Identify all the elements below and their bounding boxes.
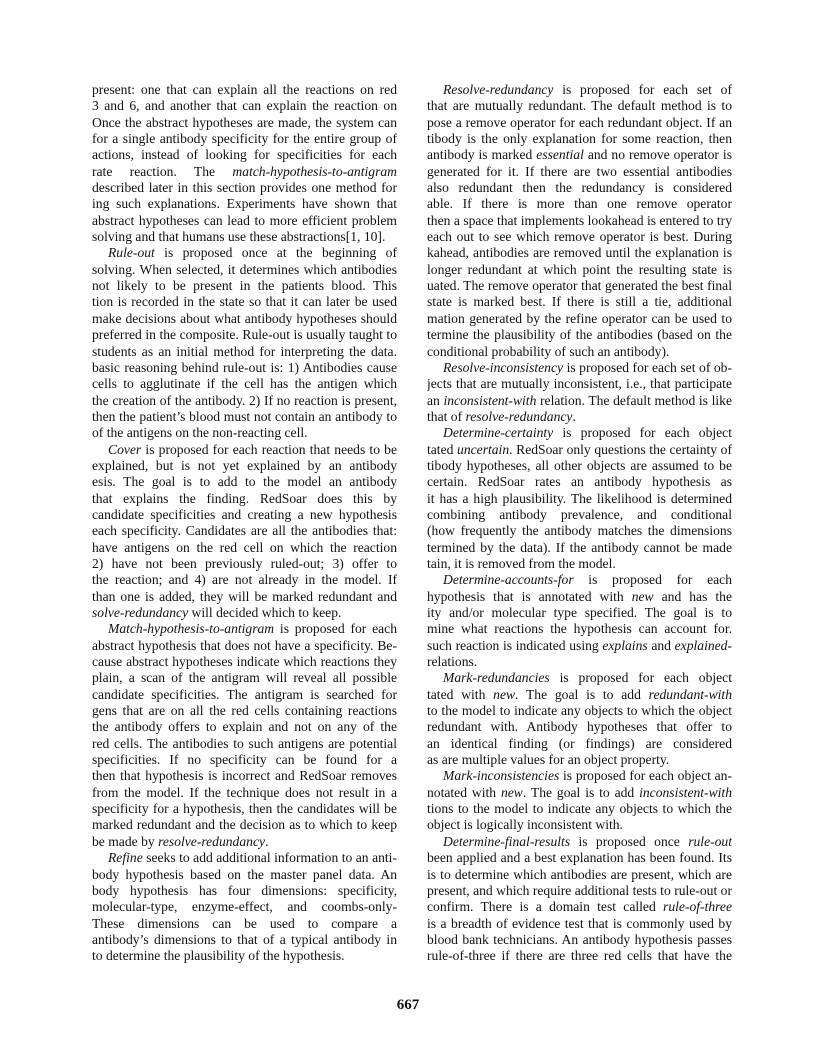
text-line: than one is added, they will be marked r… [92,589,397,605]
text-run: red cells. The antibodies to such antige… [92,736,397,751]
text-run: confirm. There is a domain test called [427,899,663,914]
text-line: explained, but is not yet explained by a… [92,458,397,474]
text-run: each specificity. Candidates are all the… [92,523,397,539]
text-run: tion is recorded in the state so that it… [92,294,397,310]
text-line: described later in this section provides… [92,180,397,196]
text-run: (how frequently the antibody matches the… [427,523,732,539]
text-line: have antigens on the red cell on which t… [92,540,397,556]
text-line: each specificity. Candidates are all the… [92,523,397,539]
text-line: plain, a scan of the antigram will revea… [92,670,397,686]
text-run: esis. The goal is to add to the model an… [92,474,397,490]
text-run: actions, instead of looking for specific… [92,147,397,163]
text-run: such reaction is indicated using [427,638,602,653]
italic-term: Determine-final-results [443,834,570,849]
text-line: specificities. If no specificity can be … [92,752,397,768]
text-line: relations. [427,654,732,670]
text-line: that are mutually redundant. The default… [427,98,732,114]
italic-term: rule-out [688,834,732,849]
italic-term: resolve-redundancy [466,409,573,424]
text-line: Determine-accounts-for is proposed for e… [427,572,732,588]
text-run: . The goal is to add [523,785,639,800]
text-line: antibody’s dimensions to that of a typic… [92,932,397,948]
text-run: as are multiple values for an object pro… [427,752,669,767]
text-run: state is marked best. If there is still … [427,294,732,310]
text-run: tibody is the only explanation for some … [427,131,732,147]
text-run: candidate specificities and creating a n… [92,507,397,523]
text-run: is proposed for each object an- [559,768,732,783]
text-line: solving. When selected, it determines wh… [92,262,397,278]
italic-term: Rule-out [108,245,155,260]
text-run: molecular-type, enzyme-effect, and coomb… [92,899,397,915]
text-run: the creation of the antibody. 2) If no r… [92,393,397,408]
text-run: than one is added, they will be marked r… [92,589,397,604]
text-line: pose a remove operator for each redundan… [427,115,732,131]
text-line: solving and that humans use these abstra… [92,229,397,245]
text-run: gens that are on all the red cells conta… [92,703,397,719]
text-line: present, and which require additional te… [427,883,732,899]
text-line: Rule-out is proposed once at the beginni… [92,245,397,261]
text-run: and no remove operator is [584,147,732,162]
text-run: antibody’s dimensions to that of a typic… [92,932,397,948]
text-line: Cover is proposed for each reaction that… [92,442,397,458]
text-line: tated with new. The goal is to add redun… [427,687,732,703]
text-run: the antibody offers to explain and not o… [92,719,397,735]
text-line: of the antigens on the non-reacting cell… [92,425,397,441]
italic-term: new [493,687,515,702]
text-run: is to determine which antibodies are pre… [427,867,732,883]
italic-term: rule-of-three [663,899,732,914]
text-line: generated for it. If there are two essen… [427,164,732,180]
text-run: described later in this section provides… [92,180,397,196]
italic-term: inconsistent-with [639,785,732,800]
text-line: mine what reactions the hypothesis can a… [427,621,732,637]
text-line: make decisions about what antibody hypot… [92,311,397,327]
text-run: is a breadth of evidence test that is co… [427,916,732,931]
text-run: tated with [427,687,493,702]
text-run: antibody is marked [427,147,536,162]
text-line: ing such explanations. Experiments have … [92,196,397,212]
text-run: mine what reactions the hypothesis can a… [427,621,732,637]
text-run: hypothesis that is annotated with [427,589,632,604]
text-line: Refine seeks to add additional informati… [92,850,397,866]
text-run: is proposed once [570,834,688,849]
text-line: present: one that can explain all the re… [92,82,397,98]
text-line: then that hypothesis is incorrect and Re… [92,768,397,784]
text-line: the antibody offers to explain and not o… [92,719,397,735]
text-line: kahead, antibodies are removed until the… [427,245,732,261]
text-line: Resolve-redundancy is proposed for each … [427,82,732,98]
text-run: an [427,393,443,408]
text-line: ity and/or molecular type specified. The… [427,605,732,621]
text-run: rate reaction. The [92,164,232,179]
text-line: rate reaction. The match-hypothesis-to-a… [92,164,397,180]
text-line: 2) have not been previously ruled-out; 3… [92,556,397,572]
italic-term: Determine-certainty [443,425,553,440]
text-line: 3 and 6, and another that can explain th… [92,98,397,114]
text-run: seeks to add additional information to a… [143,850,397,865]
text-run: preferred in the composite. Rule-out is … [92,327,397,342]
text-line: it has a high plausibility. The likeliho… [427,491,732,507]
text-line: antibody is marked essential and no remo… [427,147,732,163]
italic-term: Resolve-redundancy [443,82,553,97]
text-line: an identical finding (or findings) are c… [427,736,732,752]
text-run: have antigens on the red cell on which t… [92,540,397,556]
text-run: 2) have not been previously ruled-out; 3… [92,556,397,572]
text-run: rule-of-three if there are three red cel… [427,948,732,964]
text-run: is proposed for each [274,621,397,636]
italic-term: Mark-redundancies [443,670,550,685]
text-line: abstract hypotheses can lead to more eff… [92,213,397,229]
text-line: each out to see which remove operator is… [427,229,732,245]
text-run: the reaction; and 4) are not already in … [92,572,397,588]
text-line: basic reasoning behind rule-out is: 1) A… [92,360,397,376]
text-line: marked redundant and the decision as to … [92,817,397,833]
text-run: specificity for a hypothesis, then the c… [92,801,397,816]
text-run: is proposed for each set of ob- [563,360,732,375]
text-run: to determine the plausibility of the hyp… [92,948,345,963]
text-run: relation. The default method is like [536,393,732,408]
text-line: cells to agglutinate if the cell has the… [92,376,397,392]
text-run: basic reasoning behind rule-out is: 1) A… [92,360,397,375]
text-run: abstract hypotheses can lead to more eff… [92,213,397,228]
text-run: certain. RedSoar rates an antibody hypot… [427,474,732,489]
text-run: Once the abstract hypotheses are made, t… [92,115,397,131]
text-run: generated for it. If there are two essen… [427,164,732,180]
text-run: candidate specificities. The antigram is… [92,687,397,703]
text-line: be made by resolve-redundancy. [92,834,397,850]
text-run: tain, it is removed from the model. [427,556,616,571]
text-line: jects that are mutually inconsistent, i.… [427,376,732,392]
text-line: for a single antibody specificity for th… [92,131,397,147]
text-line: to determine the plausibility of the hyp… [92,948,397,964]
text-run: ing such explanations. Experiments have … [92,196,397,212]
italic-term: resolve-redundancy [158,834,265,849]
right-column: Resolve-redundancy is proposed for each … [427,82,732,965]
text-run: that of [427,409,466,424]
text-line: hypothesis that is annotated with new an… [427,589,732,605]
text-run: present, and which require additional te… [427,883,732,898]
text-line: Resolve-inconsistency is proposed for ea… [427,360,732,376]
text-line: body hypothesis has four dimensions: spe… [92,883,397,899]
text-line: as are multiple values for an object pro… [427,752,732,768]
text-run: specificities. If no specificity can be … [92,752,397,768]
text-run: conditional probability of such an antib… [427,344,669,359]
text-run: each out to see which remove operator is… [427,229,732,245]
text-run: notated with [427,785,501,800]
text-line: (how frequently the antibody matches the… [427,523,732,539]
text-line: that explains the finding. RedSoar does … [92,491,397,507]
italic-term: Mark-inconsistencies [443,768,559,783]
text-run: of the antigens on the non-reacting cell… [92,425,308,440]
text-line: then a space that implements lookahead i… [427,213,732,229]
text-line: that of resolve-redundancy. [427,409,732,425]
text-line: mation generated by the refine operator … [427,311,732,327]
text-run: students as an initial method for interp… [92,344,397,360]
text-line: combining antibody prevalence, and condi… [427,507,732,523]
text-line: object is logically inconsistent with. [427,817,732,833]
text-line: such reaction is indicated using explain… [427,638,732,654]
italic-term: uncertain [457,442,509,457]
text-line: the creation of the antibody. 2) If no r… [92,393,397,409]
italic-term: essential [536,147,584,162]
text-run: that are mutually redundant. The default… [427,98,732,114]
text-line: actions, instead of looking for specific… [92,147,397,163]
text-line: state is marked best. If there is still … [427,294,732,310]
text-line: body hypothesis based on the master pane… [92,867,397,883]
text-line: solve-redundancy will decided which to k… [92,605,397,621]
text-run: an identical finding (or findings) are c… [427,736,732,752]
text-run: solving and that humans use these abstra… [92,229,385,244]
italic-term: Determine-accounts-for [443,572,574,587]
text-run: pose a remove operator for each redundan… [427,115,732,131]
text-run: for a single antibody specificity for th… [92,131,397,147]
text-line: blood bank technicians. An antibody hypo… [427,932,732,948]
text-line: These dimensions can be used to compare … [92,916,397,932]
text-line: Match-hypothesis-to-antigram is proposed… [92,621,397,637]
text-line: an inconsistent-with relation. The defau… [427,393,732,409]
text-line: preferred in the composite. Rule-out is … [92,327,397,343]
text-run: marked redundant and the decision as to … [92,817,397,833]
text-line: esis. The goal is to add to the model an… [92,474,397,490]
text-line: rule-of-three if there are three red cel… [427,948,732,964]
text-run: cause abstract hypotheses indicate which… [92,654,397,670]
text-run: solving. When selected, it determines wh… [92,262,397,278]
text-line: specificity for a hypothesis, then the c… [92,801,397,817]
text-run: blood bank technicians. An antibody hypo… [427,932,732,948]
text-line: conditional probability of such an antib… [427,344,732,360]
text-run: been applied and a best explanation has … [427,850,732,866]
italic-term: Resolve-inconsistency [443,360,563,375]
text-line: Mark-inconsistencies is proposed for eac… [427,768,732,784]
italic-term: inconsistent-with [443,393,536,408]
text-run: is proposed for each reaction that needs… [141,442,397,457]
text-run: redundant with. Antibody hypotheses that… [427,719,732,735]
text-run: plain, a scan of the antigram will revea… [92,670,397,685]
text-run: it has a high plausibility. The likeliho… [427,491,732,507]
text-line: the reaction; and 4) are not already in … [92,572,397,588]
text-run: longer redundant at which point the resu… [427,262,732,278]
text-run: combining antibody prevalence, and condi… [427,507,732,523]
text-line: is a breadth of evidence test that is co… [427,916,732,932]
text-line: termine the plausibility of the antibodi… [427,327,732,343]
text-line: students as an initial method for interp… [92,344,397,360]
italic-term: explains [602,638,647,653]
italic-term: redundant-with [649,687,732,702]
text-line: from the model. If the technique does no… [92,785,397,801]
text-run: ity and/or molecular type specified. The… [427,605,732,621]
text-line: notated with new. The goal is to add inc… [427,785,732,801]
text-line: gens that are on all the red cells conta… [92,703,397,719]
text-run: tibody hypotheses, all other objects are… [427,458,732,473]
text-line: candidate specificities. The antigram is… [92,687,397,703]
text-run: to the model to indicate any objects to … [427,703,732,719]
text-run: object is logically inconsistent with. [427,817,623,832]
text-run: uated. The remove operator that generate… [427,278,732,293]
text-line: tions to the model to indicate any objec… [427,801,732,817]
text-line: certain. RedSoar rates an antibody hypot… [427,474,732,490]
text-run: termined by the data). If the antibody c… [427,540,732,556]
text-line: Mark-redundancies is proposed for each o… [427,670,732,686]
text-run: will decided which to keep. [188,605,341,620]
text-run: mation generated by the refine operator … [427,311,732,327]
text-line: able. If there is more than one remove o… [427,196,732,212]
text-line: tated uncertain. RedSoar only questions … [427,442,732,458]
text-line: also redundant then the redundancy is co… [427,180,732,196]
text-line: abstract hypothesis that does not have a… [92,638,397,654]
text-line: cause abstract hypotheses indicate which… [92,654,397,670]
text-run: able. If there is more than one remove o… [427,196,732,212]
text-run: make decisions about what antibody hypot… [92,311,397,327]
text-line: Once the abstract hypotheses are made, t… [92,115,397,131]
text-run: termine the plausibility of the antibodi… [427,327,732,342]
text-line: tibody is the only explanation for some … [427,131,732,147]
text-line: Determine-certainty is proposed for each… [427,425,732,441]
text-line: been applied and a best explanation has … [427,850,732,866]
text-run: 3 and 6, and another that can explain th… [92,98,397,114]
text-line: redundant with. Antibody hypotheses that… [427,719,732,735]
left-column: present: one that can explain all the re… [92,82,397,965]
italic-term: Match-hypothesis-to-antigram [108,621,274,636]
text-line: to the model to indicate any objects to … [427,703,732,719]
italic-term: new [632,589,654,604]
italic-term: match-hypothesis-to-antigram [232,164,397,179]
text-run: body hypothesis based on the master pane… [92,867,397,883]
text-line: is to determine which antibodies are pre… [427,867,732,883]
text-run: . [572,409,575,424]
text-line: confirm. There is a domain test called r… [427,899,732,915]
text-line: molecular-type, enzyme-effect, and coomb… [92,899,397,915]
italic-term: Cover [108,442,141,457]
text-run: These dimensions can be used to compare … [92,916,397,932]
text-run: present: one that can explain all the re… [92,82,397,98]
text-run: then a space that implements lookahead i… [427,213,732,228]
text-line: longer redundant at which point the resu… [427,262,732,278]
text-run: tated [427,442,457,457]
text-run: body hypothesis has four dimensions: spe… [92,883,397,898]
text-line: tion is recorded in the state so that it… [92,294,397,310]
text-run: abstract hypothesis that does not have a… [92,638,397,653]
text-line: candidate specificities and creating a n… [92,507,397,523]
text-line: tibody hypotheses, all other objects are… [427,458,732,474]
italic-term: Refine [108,850,143,865]
italic-term: new [501,785,523,800]
text-run: and [648,638,675,653]
text-run: relations. [427,654,477,669]
text-line: tain, it is removed from the model. [427,556,732,572]
text-line: not likely to be present in the patients… [92,278,397,294]
text-run: cells to agglutinate if the cell has the… [92,376,397,392]
text-line: red cells. The antibodies to such antige… [92,736,397,752]
text-run: . The goal is to add [515,687,649,702]
text-line: termined by the data). If the antibody c… [427,540,732,556]
text-run: be made by [92,834,158,849]
text-run: . [265,834,268,849]
text-run: from the model. If the technique does no… [92,785,397,801]
page-number: 667 [0,997,816,1014]
text-run: kahead, antibodies are removed until the… [427,245,732,261]
text-line: uated. The remove operator that generate… [427,278,732,294]
text-line: Determine-final-results is proposed once… [427,834,732,850]
text-run: then that hypothesis is incorrect and Re… [92,768,397,784]
text-run: jects that are mutually inconsistent, i.… [427,376,732,392]
text-run: also redundant then the redundancy is co… [427,180,732,196]
text-run: then the patient’s blood must not contai… [92,409,397,425]
text-run: not likely to be present in the patients… [92,278,397,294]
text-run: tions to the model to indicate any objec… [427,801,732,816]
text-run: explained, but is not yet explained by a… [92,458,397,474]
text-run: that explains the finding. RedSoar does … [92,491,397,507]
text-line: then the patient’s blood must not contai… [92,409,397,425]
italic-term: solve-redundancy [92,605,188,620]
